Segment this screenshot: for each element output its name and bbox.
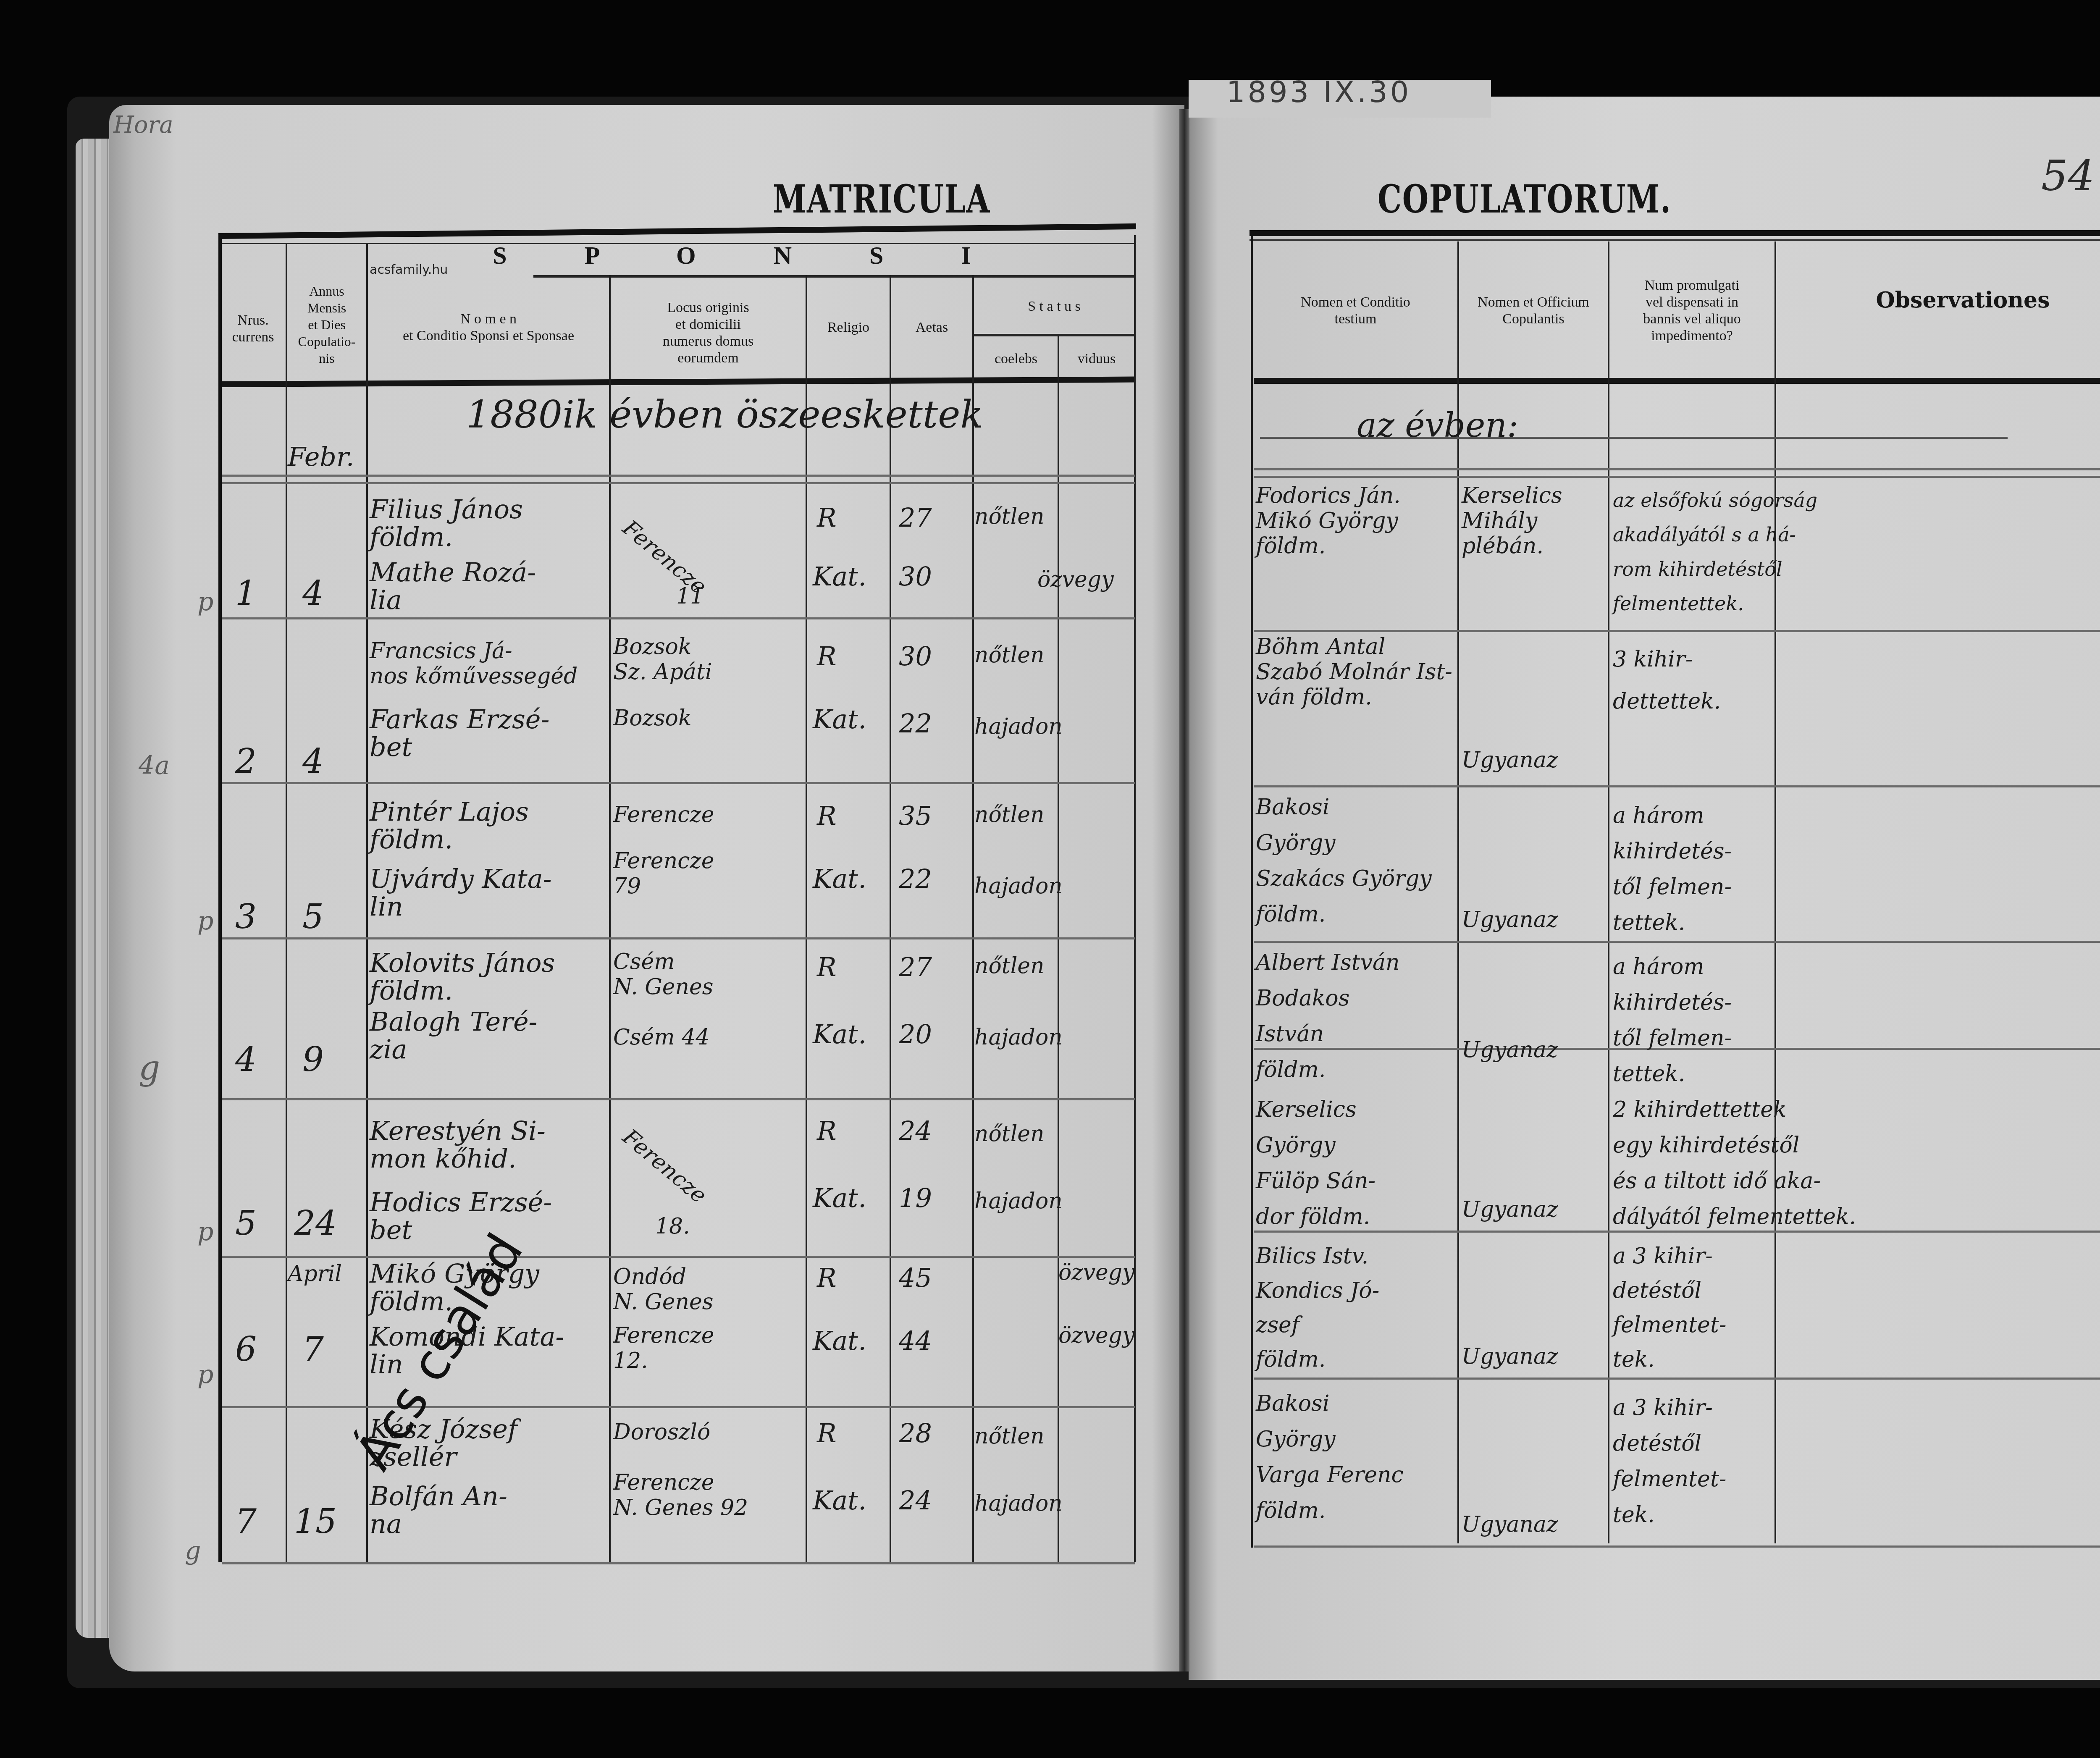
status-bride: özvegy (1037, 567, 1114, 592)
age-bride: 22 (899, 865, 932, 893)
religio-bride: Kat. (813, 706, 866, 733)
witnesses: Fodorics Ján. Mikó György földm. (1256, 483, 1401, 559)
religio-bride: Kat. (813, 563, 866, 590)
book-gutter (1179, 109, 1189, 1671)
header-annus: Annus Mensis et Dies Copulatio- nis (287, 269, 366, 380)
age-bride: 24 (899, 1487, 932, 1514)
religio-groom: R (817, 1264, 837, 1292)
bride-name: Bolfán An- na (370, 1482, 507, 1538)
header-testes: Nomen et Conditio testium (1254, 269, 1457, 353)
status-groom: nőtlen (974, 504, 1045, 529)
page-number: 54 (2041, 151, 2095, 200)
religio-bride: Kat. (813, 865, 866, 893)
groom-name: Pintér Lajos földm. (370, 798, 529, 853)
banns-note: az elsőfokú sógorság akadályától s a há-… (1613, 483, 1817, 621)
locus-groom: Ferencze (613, 802, 714, 827)
archive-stamp: 1893 IX.30 (1226, 75, 1411, 109)
status-groom: özvegy (1058, 1260, 1135, 1285)
groom-name: Kerestyén Si- mon kőhid. (370, 1117, 546, 1173)
bride-name: Mathe Rozá- lia (370, 559, 536, 614)
age-groom: 27 (899, 953, 932, 981)
locus-groom: Doroszló (613, 1420, 710, 1445)
officiant: Ugyanaz (1462, 1344, 1558, 1369)
month-label-feb: Febr. (288, 443, 354, 471)
entry-number: 5 (235, 1210, 257, 1237)
right-page-title: COPULATORUM. (1378, 176, 1672, 222)
officiant: Ugyanaz (1462, 1197, 1558, 1222)
header-copulans: Nomen et Officium Copulantis (1459, 269, 1608, 353)
religio-groom: R (817, 802, 837, 830)
age-bride: 44 (899, 1327, 932, 1355)
banns-note: a három kihirdetés- től felmen- tettek. (1613, 949, 1732, 1092)
entry-day: 7 (302, 1336, 324, 1363)
status-bride: özvegy (1058, 1323, 1135, 1348)
year-heading: 1880ik évben öszeeskettek (466, 401, 983, 429)
age-groom: 24 (899, 1117, 932, 1145)
age-groom: 35 (899, 802, 932, 830)
entry-number: 6 (235, 1336, 257, 1363)
status-bride: hajadon (974, 874, 1063, 899)
officiant: Ugyanaz (1462, 1037, 1558, 1063)
header-locus: Locus originis et domicilii numerus domu… (611, 286, 806, 380)
header-coelebs: coelebs (974, 340, 1058, 378)
religio-groom: R (817, 1420, 837, 1447)
entry-day: 4 (302, 748, 324, 775)
status-bride: hajadon (974, 714, 1063, 739)
officiant: Ugyanaz (1462, 748, 1558, 773)
month-label-april: April (288, 1260, 342, 1288)
header-observationes: Observationes (1776, 269, 2100, 332)
religio-bride: Kat. (813, 1487, 866, 1514)
watermark-site: acsfamily.hu (370, 262, 448, 277)
entry-number: 1 (235, 580, 257, 607)
age-bride: 20 (899, 1021, 932, 1048)
header-religio: Religio (807, 294, 890, 361)
status-bride: hajadon (974, 1025, 1063, 1050)
header-nomen: N o m e n et Conditio Sponsi et Sponsae (368, 294, 609, 361)
locus-bride: Ferencze 79 (613, 848, 714, 899)
locus-bride: 18. (655, 1214, 690, 1239)
entry-day: 9 (302, 1046, 324, 1073)
margin-note: g (139, 1054, 160, 1082)
religio-groom: R (817, 953, 837, 981)
banns-note: a 3 kihir- detéstől felmentet- tek. (1613, 1390, 1726, 1533)
locus-bride: Ferencze N. Genes 92 (613, 1470, 748, 1520)
locus-bride: Bozsok (613, 706, 691, 731)
entry-day: 15 (294, 1508, 337, 1535)
sponsi-group-header: S P O N S I (445, 235, 1054, 275)
locus-groom: Bozsok Sz. Apáti (613, 634, 712, 685)
religio-groom: R (817, 1117, 837, 1145)
locus-bride: Csém 44 (613, 1025, 709, 1050)
header-aetas: Aetas (891, 294, 972, 361)
groom-name: Francsics Já- nos kőművessegéd (370, 638, 577, 689)
age-bride: 19 (899, 1184, 932, 1212)
entry-number: 4 (235, 1046, 257, 1073)
entry-day: 5 (302, 903, 324, 931)
religio-groom: R (817, 643, 837, 670)
margin-note: g (185, 1537, 201, 1565)
locus-groom: Csém N. Genes (613, 949, 714, 1000)
status-groom: nőtlen (974, 953, 1045, 979)
officiant: Ugyanaz (1462, 907, 1558, 932)
header-promulgati: Num promulgati vel dispensati in bannis … (1609, 256, 1774, 365)
age-groom: 30 (899, 643, 932, 670)
margin-note: p (197, 588, 213, 616)
age-bride: 30 (899, 563, 932, 590)
witnesses: Albert István Bodakos István földm. (1256, 945, 1400, 1088)
bride-name: Farkas Erzsé- bet (370, 706, 550, 761)
locus-bride: Ferencze 12. (613, 1323, 714, 1373)
margin-note: p (197, 907, 213, 935)
age-groom: 45 (899, 1264, 932, 1292)
bride-name: Balogh Teré- zia (370, 1008, 538, 1063)
officiant: Ugyanaz (1462, 1512, 1558, 1537)
status-bride: hajadon (974, 1189, 1063, 1214)
entry-day: 4 (302, 580, 324, 607)
witnesses: Bakosi György Szakács György földm. (1256, 790, 1432, 932)
banns-note: a három kihirdetés- től felmen- tettek. (1613, 798, 1732, 941)
status-bride: hajadon (974, 1491, 1063, 1516)
left-page-title: MATRICULA (773, 176, 990, 222)
witnesses: Bilics Istv. Kondics Jó- zsef földm. (1256, 1239, 1379, 1377)
religio-bride: Kat. (813, 1184, 866, 1212)
entry-number: 7 (235, 1508, 257, 1535)
bride-name: Hodics Erzsé- bet (370, 1189, 552, 1244)
groom-name: Kolovits János földm. (370, 949, 555, 1005)
header-viduus: viduus (1059, 340, 1134, 378)
status-groom: nőtlen (974, 1424, 1045, 1449)
margin-note: p (197, 1361, 213, 1388)
header-nrus: Nrus. currens (220, 277, 286, 380)
status-groom: nőtlen (974, 643, 1045, 668)
witnesses: Böhm Antal Szabó Molnár Ist- ván földm. (1256, 634, 1452, 710)
age-groom: 28 (899, 1420, 932, 1447)
age-bride: 22 (899, 710, 932, 737)
locus-bride: 11 (676, 584, 704, 609)
entry-day: 24 (294, 1210, 337, 1237)
book-edge-note: Hora (113, 111, 173, 139)
age-groom: 27 (899, 504, 932, 532)
status-groom: nőtlen (974, 802, 1045, 827)
banns-note: 3 kihir- dettettek. (1613, 638, 1721, 722)
margin-note: p (197, 1218, 213, 1246)
witnesses: Kerselics György Fülöp Sán- dor földm. (1256, 1092, 1375, 1235)
status-groom: nőtlen (974, 1121, 1045, 1147)
banns-note: 2 kihirdettettek egy kihirdetéstől és a … (1613, 1092, 1856, 1235)
entry-number: 3 (235, 903, 257, 931)
banns-note: a 3 kihir- detéstől felmentet- tek. (1613, 1239, 1726, 1377)
entry-number: 2 (235, 748, 257, 775)
groom-name: Filius János földm. (370, 496, 523, 551)
officiant: Kerselics Mihály plébán. (1462, 483, 1562, 559)
bride-name: Ujvárdy Kata- lin (370, 865, 552, 921)
locus-groom: Ondód N. Genes (613, 1264, 714, 1315)
religio-groom: R (817, 504, 837, 532)
religio-bride: Kat. (813, 1021, 866, 1048)
margin-note: 4a (139, 752, 170, 779)
witnesses: Bakosi György Varga Ferenc földm. (1256, 1386, 1404, 1529)
heading-continuation: az évben: (1357, 412, 1518, 439)
header-status: S t a t u s (974, 281, 1134, 332)
religio-bride: Kat. (813, 1327, 866, 1355)
